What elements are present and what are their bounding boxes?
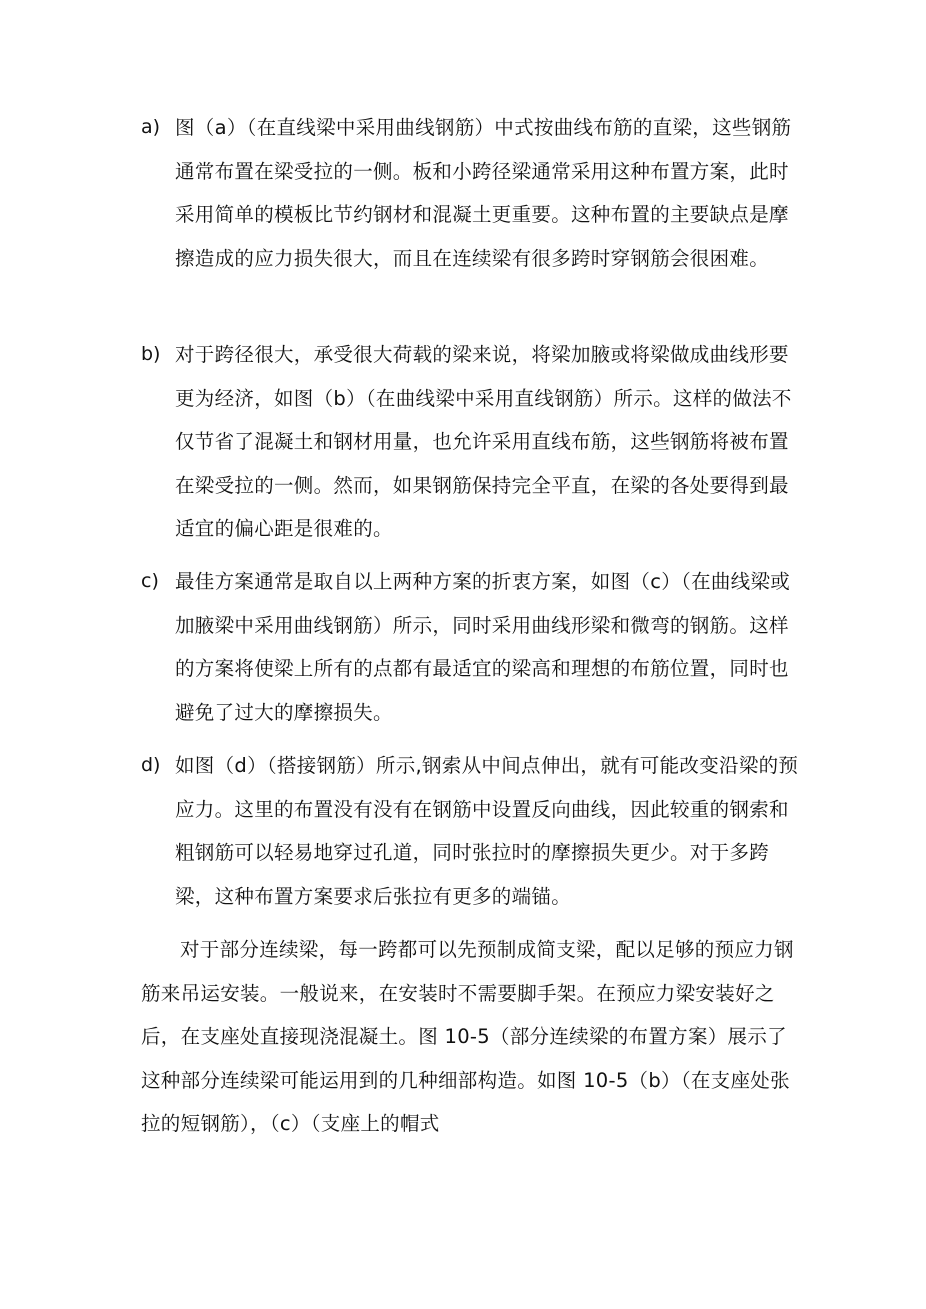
list-item-text: 对于跨径很大，承受很大荷载的梁来说，将梁加腋或将梁做成曲线形要更为经济，如图（b… [175, 333, 801, 551]
list-item-b: b) 对于跨径很大，承受很大荷载的梁来说，将梁加腋或将梁做成曲线形要更为经济，如… [141, 333, 801, 551]
list-item-text: 图（a）（在直线梁中采用曲线钢筋）中式按曲线布筋的直梁，这些钢筋通常布置在梁受拉… [175, 106, 801, 280]
list-item-text: 最佳方案通常是取自以上两种方案的折衷方案，如图（c）（在曲线梁或加腋梁中采用曲线… [175, 560, 801, 734]
list-label: c) [141, 560, 159, 603]
list-item-a: a) 图（a）（在直线梁中采用曲线钢筋）中式按曲线布筋的直梁，这些钢筋通常布置在… [141, 106, 801, 280]
body-paragraph: 对于部分连续梁，每一跨都可以先预制成简支梁，配以足够的预应力钢筋来吊运安装。一般… [141, 928, 796, 1146]
list-item-d: d) 如图（d）（搭接钢筋）所示,钢索从中间点伸出，就有可能改变沿梁的预应力。这… [141, 744, 801, 918]
list-label: d) [141, 744, 160, 787]
list-label: b) [141, 333, 160, 376]
list-item-text: 如图（d）（搭接钢筋）所示,钢索从中间点伸出，就有可能改变沿梁的预应力。这里的布… [175, 744, 801, 918]
document-page: a) 图（a）（在直线梁中采用曲线钢筋）中式按曲线布筋的直梁，这些钢筋通常布置在… [0, 0, 926, 1309]
list-item-c: c) 最佳方案通常是取自以上两种方案的折衷方案，如图（c）（在曲线梁或加腋梁中采… [141, 560, 801, 734]
list-label: a) [141, 106, 160, 149]
